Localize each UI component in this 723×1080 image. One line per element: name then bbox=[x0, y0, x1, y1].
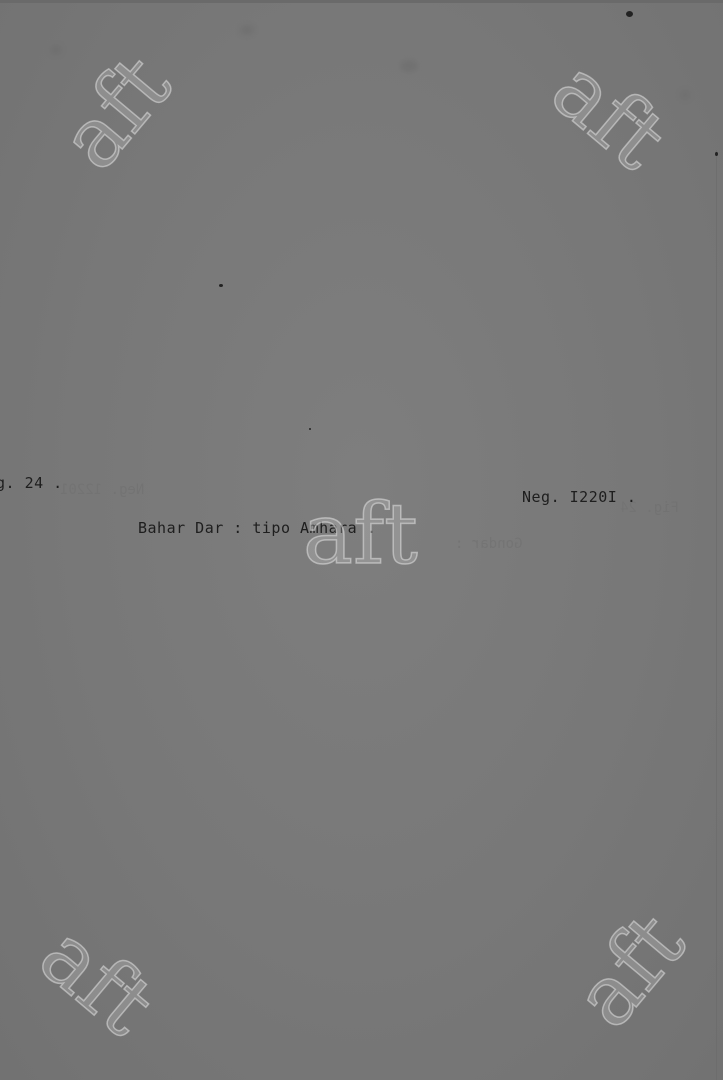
scanned-page: Neg. 12201 Fig. 24 Gondar : g. 24 . Neg.… bbox=[0, 0, 723, 1080]
dust-speck bbox=[309, 428, 311, 430]
figure-label: g. 24 . bbox=[0, 474, 63, 492]
dust-speck bbox=[219, 284, 223, 287]
bleed-through-caption: Gondar : bbox=[455, 536, 522, 552]
dust-speck bbox=[626, 11, 633, 17]
dust-speck bbox=[715, 152, 718, 156]
smudge bbox=[680, 90, 690, 100]
photo-caption: Bahar Dar : tipo Amhara . bbox=[138, 519, 376, 537]
watermark-bottom-right: aft bbox=[560, 899, 698, 1041]
page-right-edge bbox=[716, 150, 717, 1080]
watermark-bottom-left: aft bbox=[26, 911, 168, 1049]
smudge bbox=[50, 45, 62, 55]
smudge bbox=[400, 60, 418, 72]
bleed-through-negative: Neg. 12201 bbox=[60, 482, 144, 498]
page-top-edge bbox=[0, 0, 723, 3]
negative-number: Neg. I220I . bbox=[522, 488, 636, 506]
watermark-top-right: aft bbox=[538, 45, 680, 183]
smudge bbox=[240, 25, 254, 35]
watermark-top-left: aft bbox=[46, 41, 184, 183]
